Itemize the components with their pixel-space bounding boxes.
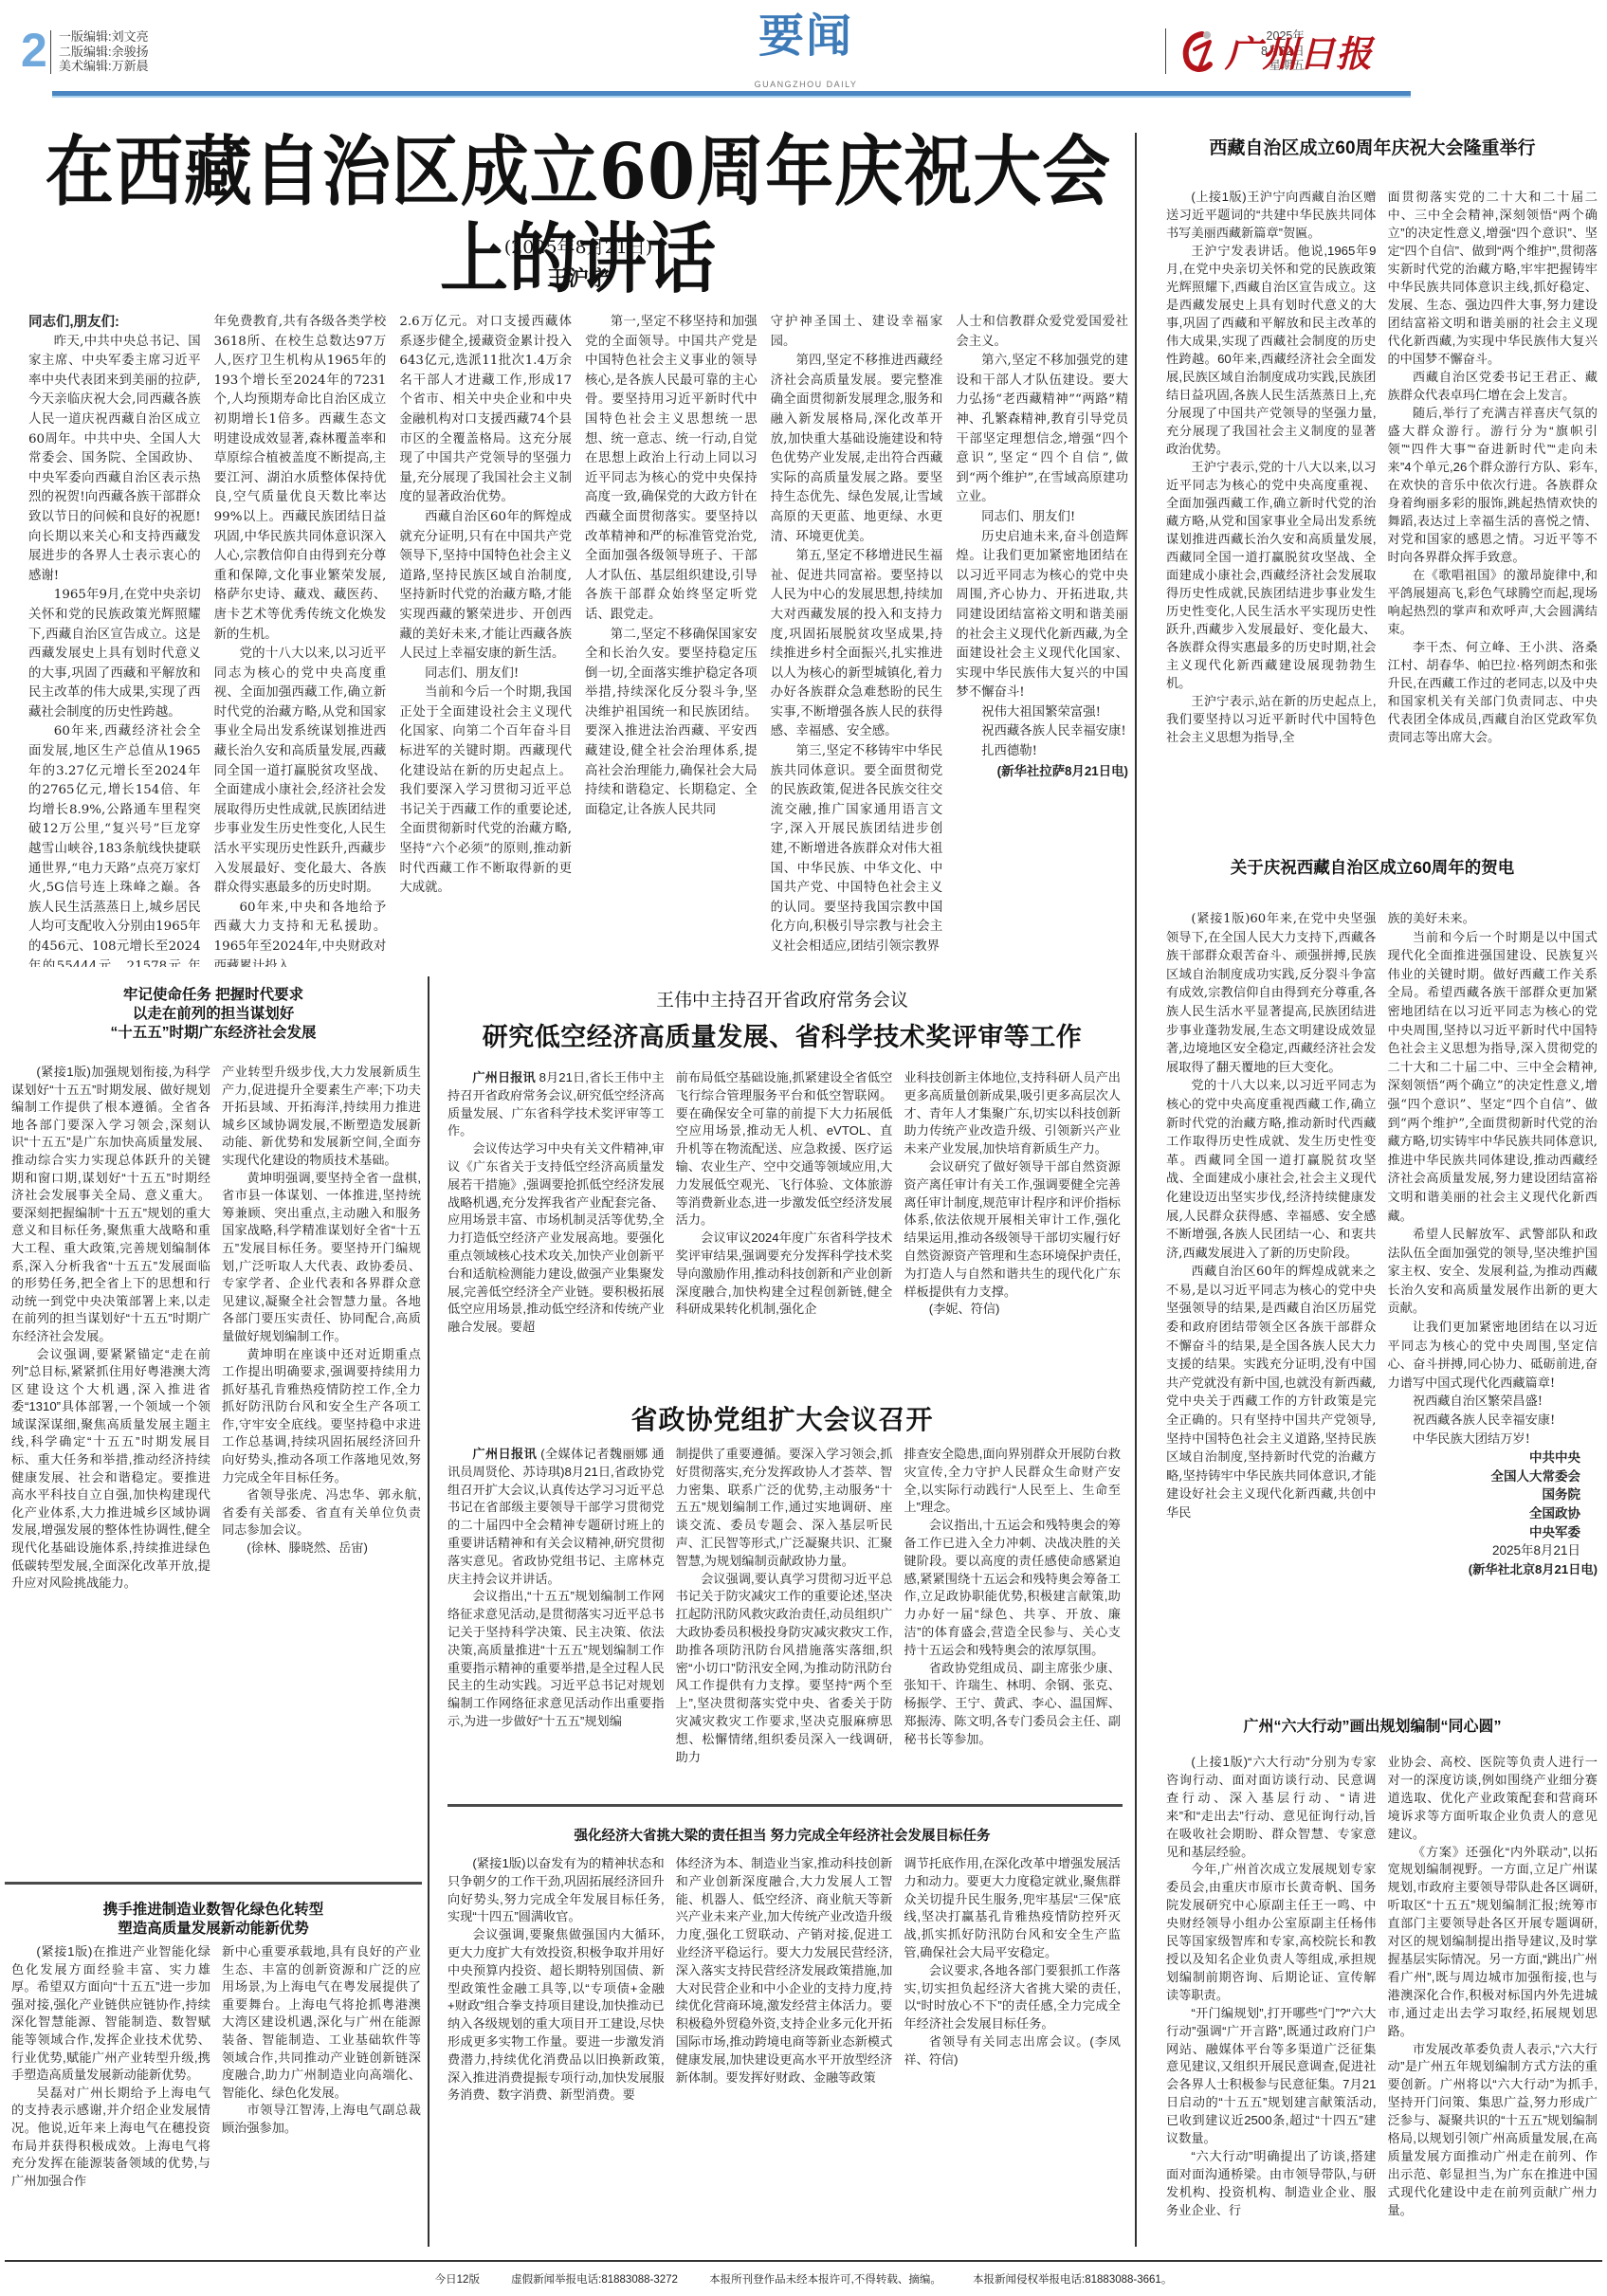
paragraph: 同志们、朋友们!: [399, 665, 572, 684]
paragraph: 第四,坚定不移推进西藏经济社会高质量发展。要完整准确全面贯彻新发展理念,服务和融…: [771, 352, 943, 547]
paragraph: 第六,坚定不移加强党的建设和干部人才队伍建设。要大力弘扬“老西藏精神”“两路”精…: [956, 352, 1128, 508]
paragraph: 会议传达学习中央有关文件精神,审议《广东省关于支持低空经济高质量发展若干措施》,…: [447, 1140, 665, 1337]
paragraph: (紧接1版)加强规划衔接,为科学谋划好“十五五”时期发展、做好规划编制工作提供了…: [11, 1064, 210, 1346]
dateline-credit: (新华社拉萨8月21日电): [956, 762, 1128, 782]
paragraph: 年免费教育,共有各级各类学校3618所、在校生总数达97万人,医疗卫生机构从19…: [214, 313, 387, 645]
paragraph: 排查安全隐患,面向界别群众开展防台救灾宣传,全力守护人民群众生命财产安全,以实际…: [904, 1446, 1121, 1517]
paragraph: “开门编规划”,打开哪些“门”?“六大行动”强调“广开言路”,既通过政府门户网站…: [1166, 2005, 1377, 2148]
paragraph: 广州日报讯 (全媒体记者魏丽娜 通讯员周贤伦、苏诗琪)8月21日,省政协党组召开…: [447, 1446, 665, 1588]
dateline-lead: 广州日报讯: [472, 1447, 540, 1461]
column-divider: [428, 976, 429, 2247]
text-column: 制提供了重要遵循。要深入学习领会,抓好贯彻落实,充分发挥政协人才荟萃、智力密集、…: [676, 1446, 893, 1768]
text-column: 体经济为本、制造业当家,推动科技创新和产业创新深度融合,大力发展人工智能、机器人…: [676, 1855, 893, 2239]
text-column: 第一,坚定不移坚持和加强党的全面领导。中国共产党是中国特色社会主义事业的领导核心…: [585, 313, 758, 967]
newspaper-name: 广州日报: [1225, 25, 1373, 77]
paragraph: 60年来,西藏经济社会全面发展,地区生产总值从1965年的3.27亿元增长至20…: [28, 722, 201, 967]
text-column: 年免费教育,共有各级各类学校3618所、在校生总数达97万人,医疗卫生机构从19…: [214, 313, 387, 967]
five-year-plan-body: (紧接1版)加强规划衔接,为科学谋划好“十五五”时期发展、做好规划编制工作提供了…: [11, 1064, 421, 1869]
paragraph: 第三,坚定不移铸牢中华民族共同体意识。要全面贯彻党的民族政策,促进各民族交往交流…: [771, 742, 943, 957]
paragraph: 中华民族大团结万岁!: [1388, 1430, 1598, 1449]
paragraph: 制提供了重要遵循。要深入学习领会,抓好贯彻落实,充分发挥政协人才荟萃、智力密集、…: [676, 1446, 893, 1571]
paragraph: 产业转型升级步伐,大力发展新质生产力,促进提升全要素生产率;下功夫开拓县域、开拓…: [222, 1064, 421, 1170]
paragraph: 业科技创新主体地位,支持科研人员产出更多高质量创新成果,吸引更多高层次人才、青年…: [904, 1069, 1121, 1158]
text-column: 业科技创新主体地位,支持科研人员产出更多高质量创新成果,吸引更多高层次人才、青年…: [904, 1069, 1121, 1373]
paragraph: 扎西德勒!: [956, 742, 1128, 762]
divider: [1165, 28, 1166, 74]
paragraph: 60年来,中央和各地给予西藏大力支持和无私援助。1965年至2024年,中央财政…: [214, 899, 387, 967]
paragraph: (紧接1版)60年来,在党中央坚强领导下,在全国人民大力支持下,西藏各族干部群众…: [1166, 910, 1377, 1077]
five-year-plan-headline: 牢记使命任务 把握时代要求 以走在前列的担当谋划好 “十五五”时期广东经济社会发…: [0, 986, 427, 1043]
paragraph: (紧接1版)在推进产业智能化绿色化发展方面经验丰富、实力雄厚。希望双方面向“十五…: [11, 1943, 210, 2085]
editor-credits: 一版编辑:刘文亮 二版编辑:余骏扬 美术编辑:万新晨: [59, 29, 149, 74]
paragraph: 会议指出,“十五五”规划编制工作网络征求意见活动,是贯彻落实习近平总书记关于坚持…: [447, 1588, 665, 1730]
paragraph: “六大行动”明确提出了访谈,搭建面对面沟通桥梁。由市领导带队,与研发机构、投资机…: [1166, 2148, 1377, 2220]
gov-meeting-kicker: 王伟中主持召开省政府常务会议: [436, 986, 1128, 1011]
guangzhou-body: (上接1版)“六大行动”分别为专家咨询行动、面对面访谈行动、民意调查行动、深入基…: [1166, 1754, 1598, 2237]
paragraph: 1965年9月,在党中央亲切关怀和党的民族政策光辉照耀下,西藏自治区宣告成立。这…: [28, 586, 201, 722]
column-text: 人士和信教群众爱党爱国爱社会主义。第六,坚定不移加强党的建设和干部人才队伍建设。…: [956, 313, 1128, 762]
column-text: 族的美好未来。当前和今后一个时期是以中国式现代化全面推进强国建设、民族复兴伟业的…: [1388, 910, 1598, 1449]
gov-meeting-body: 广州日报讯 8月21日,省长王伟中主持召开省政府常务会议,研究低空经济高质量发展…: [447, 1069, 1121, 1373]
section-subtitle: GUANGZHOU DAILY: [744, 80, 867, 89]
paragraph: (紧接1版)以奋发有为的精神状态和只争朝夕的工作干劲,巩固拓展经济回升向好势头,…: [447, 1855, 665, 1926]
speech-date: (2025年8月21日): [38, 233, 1119, 259]
paragraph: 会议审议2024年度广东省科学技术奖评审结果,强调要充分发挥科学技术奖导向激励作…: [676, 1230, 893, 1319]
signer: 中共中央: [1388, 1449, 1581, 1467]
masthead: 2 一版编辑:刘文亮 二版编辑:余骏扬 美术编辑:万新晨 要闻 GUANGZHO…: [0, 0, 1607, 85]
paragraph: (上接1版)王沪宁向西藏自治区赠送习近平题词的“共建中华民族共同体 书写美丽西藏…: [1166, 188, 1377, 242]
paragraph: 在《歌唱祖国》的激昂旋律中,和平鸽展翅高飞,彩色气球腾空而起,现场响起热烈的掌声…: [1388, 566, 1598, 638]
text-column: 守护神圣国土、建设幸福家园。第四,坚定不移推进西藏经济社会高质量发展。要完整准确…: [771, 313, 943, 967]
signer: 中央军委: [1388, 1523, 1581, 1542]
text-column: (上接1版)“六大行动”分别为专家咨询行动、面对面访谈行动、民意调查行动、深入基…: [1166, 1754, 1377, 2237]
cppcc-headline: 省政协党组扩大会议召开: [436, 1399, 1128, 1437]
paragraph: 祝伟大祖国繁荣富强!: [956, 703, 1128, 723]
paragraph: 随后,举行了充满吉祥喜庆气氛的盛大群众游行。游行分为“旗帜引领”“四件大事”“奋…: [1388, 404, 1598, 566]
paragraph: 业协会、高校、医院等负责人进行一对一的深度访谈,例如围绕产业细分赛道选取、优化产…: [1388, 1754, 1598, 1844]
fake-news-hotline: 虚假新闻举报电话:81883088-3272: [511, 2274, 678, 2286]
editor-line: 一版编辑:刘文亮: [59, 29, 149, 45]
paragraph: 当前和今后一个时期是以中国式现代化全面推进强国建设、民族复兴伟业的关键时期。做好…: [1388, 929, 1598, 1227]
paragraph: 第二,坚定不移确保国家安全和长治久安。要坚持稳定压倒一切,全面落实维护稳定各项举…: [585, 626, 758, 821]
paragraph: 人士和信教群众爱党爱国爱社会主义。: [956, 313, 1128, 352]
text-column: (紧接1版)在推进产业智能化绿色化发展方面经验丰富、实力雄厚。希望双方面向“十五…: [11, 1943, 210, 2237]
headline-line: 携手推进制造业数智化绿色化转型: [0, 1901, 427, 1920]
paragraph: 会议指出,十五运会和残特奥会的筹备工作已进入全力冲刺、决战决胜的关键阶段。要以高…: [904, 1517, 1121, 1659]
paragraph: 2.6万亿元。对口支援西藏体系逐步健全,援藏资金累计投入643亿元,选派11批次…: [399, 313, 572, 508]
section-title: 要闻: [740, 13, 872, 59]
paragraph: 前布局低空基础设施,抓紧建设全省低空飞行综合管理服务平台和低空智联网。要在确保安…: [676, 1069, 893, 1230]
text-column: 2.6万亿元。对口支援西藏体系逐步健全,援藏资金累计投入643亿元,选派11批次…: [399, 313, 572, 967]
salutation: 同志们,朋友们:: [28, 313, 201, 333]
column-divider: [1135, 133, 1137, 2247]
paragraph: 祝西藏各族人民幸福安康!: [956, 722, 1128, 742]
infringement-hotline: 本报新闻侵权举报电话:81883088-3661。: [973, 2274, 1172, 2286]
text-column: (紧接1版)以奋发有为的精神状态和只争朝夕的工作干劲,巩固拓展经济回升向好势头,…: [447, 1855, 665, 2239]
paragraph: (李妮、符信): [904, 1301, 1121, 1319]
gov-meeting-headline: 研究低空经济高质量发展、省科学技术奖评审等工作: [436, 1016, 1128, 1053]
divider: [50, 30, 51, 74]
text-column: 广州日报讯 (全媒体记者魏丽娜 通讯员周贤伦、苏诗琪)8月21日,省政协党组召开…: [447, 1446, 665, 1768]
paragraph: 第五,坚定不移增进民生福祉、促进共同富裕。要坚持以人民为中心的发展思想,持续加大…: [771, 547, 943, 742]
text-column: 排查安全隐患,面向界别群众开展防台救灾宣传,全力守护人民群众生命财产安全,以实际…: [904, 1446, 1121, 1768]
dateline-credit: (新华社北京8月21日电): [1388, 1560, 1598, 1579]
text-column: 人士和信教群众爱党爱国爱社会主义。第六,坚定不移加强党的建设和干部人才队伍建设。…: [956, 313, 1128, 967]
paragraph: 《方案》还强化“内外联动”,以拓宽规划编制视野。一方面,立足广州谋规划,市政府主…: [1388, 1844, 1598, 2041]
text-column: 同志们,朋友们: 昨天,中共中央总书记、国家主席、中央军委主席习近平率中央代表团…: [28, 313, 201, 967]
cppcc-body: 广州日报讯 (全媒体记者魏丽娜 通讯员周贤伦、苏诗琪)8月21日,省政协党组召开…: [447, 1446, 1121, 1768]
paragraph: 西藏自治区党委书记王君正、藏族群众代表卓玛仁增在会上发言。: [1388, 368, 1598, 404]
text-column: (紧接1版)加强规划衔接,为科学谋划好“十五五”时期发展、做好规划编制工作提供了…: [11, 1064, 210, 1869]
headline-line: 塑造高质量发展新动能新优势: [0, 1920, 427, 1939]
paragraph: 新中心重要承载地,具有良好的产业生态、丰富的创新资源和广泛的应用场景,为上海电气…: [222, 1943, 421, 2102]
paragraph: 会议要求,各地各部门要狠抓工作落实,切实担负起经济大省挑大梁的责任,以“时时放心…: [904, 1962, 1121, 2033]
paragraph: 祝西藏各族人民幸福安康!: [1388, 1412, 1598, 1430]
manufacturing-headline: 携手推进制造业数智化绿色化转型 塑造高质量发展新动能新优势: [0, 1901, 427, 1939]
speech-body: 同志们,朋友们: 昨天,中共中央总书记、国家主席、中央军委主席习近平率中央代表团…: [28, 313, 1128, 967]
ceremony-headline: 西藏自治区成立60周年庆祝大会隆重举行: [1138, 134, 1607, 159]
paragraph: 吴磊对广州长期给予上海电气的支持表示感谢,并介绍企业发展情况。他说,近年来上海电…: [11, 2085, 210, 2191]
copyright-notice: 本报所刊登作品未经本报许可,不得转载、摘编。: [709, 2274, 941, 2286]
paragraph: 祝西藏自治区繁荣昌盛!: [1388, 1393, 1598, 1412]
newspaper-logo: 广州日报: [1181, 25, 1373, 77]
text-column: 族的美好未来。当前和今后一个时期是以中国式现代化全面推进强国建设、民族复兴伟业的…: [1388, 910, 1598, 1678]
text-column: 面贯彻落实党的二十大和二十届二中、三中全会精神,深刻领悟“两个确立”的决定性意义…: [1388, 188, 1598, 804]
signer: 全国政协: [1388, 1504, 1581, 1523]
paragraph: 西藏自治区60年的辉煌成就来之不易,是以习近平同志为核心的党中央坚强领导的结果,…: [1166, 1263, 1377, 1522]
guangzhou-headline: 广州“六大行动”画出规划编制“同心圆”: [1138, 1714, 1607, 1736]
economy-headline: 强化经济大省挑大梁的责任担当 努力完成全年经济社会发展目标任务: [436, 1825, 1128, 1845]
section-divider: [447, 1804, 1123, 1807]
text-column: (上接1版)王沪宁向西藏自治区赠送习近平题词的“共建中华民族共同体 书写美丽西藏…: [1166, 188, 1377, 804]
paragraph: (上接1版)“六大行动”分别为专家咨询行动、面对面访谈行动、民意调查行动、深入基…: [1166, 1754, 1377, 1861]
text-column: 新中心重要承载地,具有良好的产业生态、丰富的创新资源和广泛的应用场景,为上海电气…: [222, 1943, 421, 2237]
paragraph: 会议强调,要紧紧锚定“走在前列”总目标,紧紧抓住用好粤港澳大湾区建设这个大机遇,…: [11, 1346, 210, 1593]
text-column: 前布局低空基础设施,抓紧建设全省低空飞行综合管理服务平台和低空智联网。要在确保安…: [676, 1069, 893, 1373]
text-column: 产业转型升级步伐,大力发展新质生产力,促进提升全要素生产率;下功夫开拓县域、开拓…: [222, 1064, 421, 1869]
manufacturing-body: (紧接1版)在推进产业智能化绿色化发展方面经验丰富、实力雄厚。希望双方面向“十五…: [11, 1943, 421, 2237]
text-column: 广州日报讯 8月21日,省长王伟中主持召开省政府常务会议,研究低空经济高质量发展…: [447, 1069, 665, 1373]
column-text: 广州日报讯 8月21日,省长王伟中主持召开省政府常务会议,研究低空经济高质量发展…: [447, 1069, 665, 1337]
column-text: 昨天,中共中央总书记、国家主席、中央军委主席习近平率中央代表团来到美丽的拉萨,今…: [28, 333, 201, 967]
paragraph: 党的十八大以来,以习近平同志为核心的党中央高度重视西藏工作,确立新时代党的治藏方…: [1166, 1077, 1377, 1263]
paragraph: 市发展改革委负责人表示,“六大行动”是广州五年规划编制方式方法的重要创新。广州将…: [1388, 2041, 1598, 2220]
signer: 全国人大常委会: [1388, 1467, 1581, 1486]
dateline-lead: 广州日报讯: [472, 1070, 539, 1084]
sign-date: 2025年8月21日: [1388, 1541, 1581, 1560]
paragraph: 会议研究了做好领导干部自然资源资产离任审计有关工作,强调要健全完善离任审计制度,…: [904, 1158, 1121, 1301]
page-footer: 今日12版 虚假新闻举报电话:81883088-3272 本报所刊登作品未经本报…: [0, 2271, 1607, 2287]
paragraph: 省政协党组成员、副主席张少康、张知干、许瑞生、林明、余钢、张克、杨振学、王宁、黄…: [904, 1660, 1121, 1749]
headline-line: 以走在前列的担当谋划好: [0, 1005, 427, 1024]
paragraph: 省领导张虎、冯忠华、郭永航,省委有关部委、省直有关单位负责同志参加会议。: [222, 1486, 421, 1540]
paragraph: 市领导江智涛,上海电气副总裁顾治强参加。: [222, 2102, 421, 2137]
paragraph: 让我们更加紧密地团结在以习近平同志为核心的党中央周围,坚定信心、奋斗拼搏,同心协…: [1388, 1319, 1598, 1393]
paragraph: 会议强调,要认真学习贯彻习近平总书记关于防灾减灾工作的重要论述,坚决扛起防汛防风…: [676, 1571, 893, 1767]
headline-line: 牢记使命任务 把握时代要求: [0, 986, 427, 1005]
footer-rule: [5, 2260, 1602, 2262]
telegram-body: (紧接1版)60年来,在党中央坚强领导下,在全国人民大力支持下,西藏各族干部群众…: [1166, 910, 1598, 1678]
paragraph: 党的十八大以来,以习近平同志为核心的党中央高度重视、全面加强西藏工作,确立新时代…: [214, 645, 387, 899]
header-rule-thin: [52, 96, 1411, 98]
column-text: 广州日报讯 (全媒体记者魏丽娜 通讯员周贤伦、苏诗琪)8月21日,省政协党组召开…: [447, 1446, 665, 1731]
paragraph: 第一,坚定不移坚持和加强党的全面领导。中国共产党是中国特色社会主义事业的领导核心…: [585, 313, 758, 626]
paragraph: 希望人民解放军、武警部队和政法队伍全面加强党的领导,坚决维护国家主权、安全、发展…: [1388, 1226, 1598, 1319]
paragraph: 会议强调,要聚焦做强国内大循环,更大力度扩大有效投资,积极争取并用好中央预算内投…: [447, 1926, 665, 2105]
paragraph: 广州日报讯 8月21日,省长王伟中主持召开省政府常务会议,研究低空经济高质量发展…: [447, 1069, 665, 1140]
paragraph: 面贯彻落实党的二十大和二十届二中、三中全会精神,深刻领悟“两个确立”的决定性意义…: [1388, 188, 1598, 368]
paragraph: 调节托底作用,在深化改革中增强发展活力和动力。要更大力度稳定就业,聚焦群众关切提…: [904, 1855, 1121, 1962]
speech-author: 王沪宁: [38, 263, 1119, 292]
paragraph: 今年,广州首次成立发展规划专家委员会,由重庆市原市长黄奇帆、国务院发展研究中心原…: [1166, 1861, 1377, 2004]
telegram-headline: 关于庆祝西藏自治区成立60周年的贺电: [1138, 855, 1607, 879]
page-number: 2: [21, 27, 47, 74]
paragraph: 王沪宁表示,党的十八大以来,以习近平同志为核心的党中央高度重视、全面加强西藏工作…: [1166, 458, 1377, 692]
paragraph: 王沪宁表示,站在新的历史起点上,我们要坚持以习近平新时代中国特色社会主义思想为指…: [1166, 692, 1377, 746]
paragraph: 同志们、朋友们!: [956, 508, 1128, 528]
paragraph: 族的美好未来。: [1388, 910, 1598, 929]
paragraph: 省领导有关同志出席会议。(李凤祥、符信): [904, 2033, 1121, 2069]
text-column: 调节托底作用,在深化改革中增强发展活力和动力。要更大力度稳定就业,聚焦群众关切提…: [904, 1855, 1121, 2239]
paragraph: 李干杰、何立峰、王小洪、洛桑江村、胡春华、帕巴拉·格列朗杰和张升民,在西藏工作过…: [1388, 638, 1598, 746]
signers: 中共中央 全国人大常委会 国务院 全国政协 中央军委 2025年8月21日: [1388, 1449, 1598, 1560]
ceremony-body: (上接1版)王沪宁向西藏自治区赠送习近平题词的“共建中华民族共同体 书写美丽西藏…: [1166, 188, 1598, 804]
paragraph: 西藏自治区60年的辉煌成就充分证明,只有在中国共产党领导下,坚持中国特色社会主义…: [399, 508, 572, 665]
editor-line: 二版编辑:余骏扬: [59, 45, 149, 60]
editor-line: 美术编辑:万新晨: [59, 59, 149, 74]
paragraph: 守护神圣国土、建设幸福家园。: [771, 313, 943, 352]
paragraph: (徐林、滕晓然、岳宙): [222, 1540, 421, 1558]
headline-line: “十五五”时期广东经济社会发展: [0, 1024, 427, 1043]
paragraph: 黄坤明在座谈中还对近期重点工作提出明确要求,强调要持续用力抓好基孔肯雅热疫情防控…: [222, 1346, 421, 1487]
signer: 国务院: [1388, 1485, 1581, 1504]
logo-swoosh-icon: [1181, 28, 1221, 74]
section-divider: [5, 1882, 422, 1885]
text-column: 业协会、高校、医院等负责人进行一对一的深度访谈,例如围绕产业细分赛道选取、优化产…: [1388, 1754, 1598, 2237]
economy-body: (紧接1版)以奋发有为的精神状态和只争朝夕的工作干劲,巩固拓展经济回升向好势头,…: [447, 1855, 1121, 2239]
paragraph: 王沪宁发表讲话。他说,1965年9月,在党中央亲切关怀和党的民族政策光辉照耀下,…: [1166, 242, 1377, 458]
page-count: 今日12版: [435, 2274, 480, 2286]
paragraph: 历史启迪未来,奋斗创造辉煌。让我们更加紧密地团结在以习近平同志为核心的党中央周围…: [956, 528, 1128, 703]
text-column: (紧接1版)60年来,在党中央坚强领导下,在全国人民大力支持下,西藏各族干部群众…: [1166, 910, 1377, 1678]
paragraph: 黄坤明强调,要坚持全省一盘棋,省市县一体谋划、一体推进,坚持统筹兼顾、突出重点,…: [222, 1170, 421, 1346]
paragraph: 当前和今后一个时期,我国正处于全面建设社会主义现代化国家、向第二个百年奋斗目标进…: [399, 683, 572, 899]
paragraph: 体经济为本、制造业当家,推动科技创新和产业创新深度融合,大力发展人工智能、机器人…: [676, 1855, 893, 2086]
paragraph: 昨天,中共中央总书记、国家主席、中央军委主席习近平率中央代表团来到美丽的拉萨,今…: [28, 333, 201, 587]
